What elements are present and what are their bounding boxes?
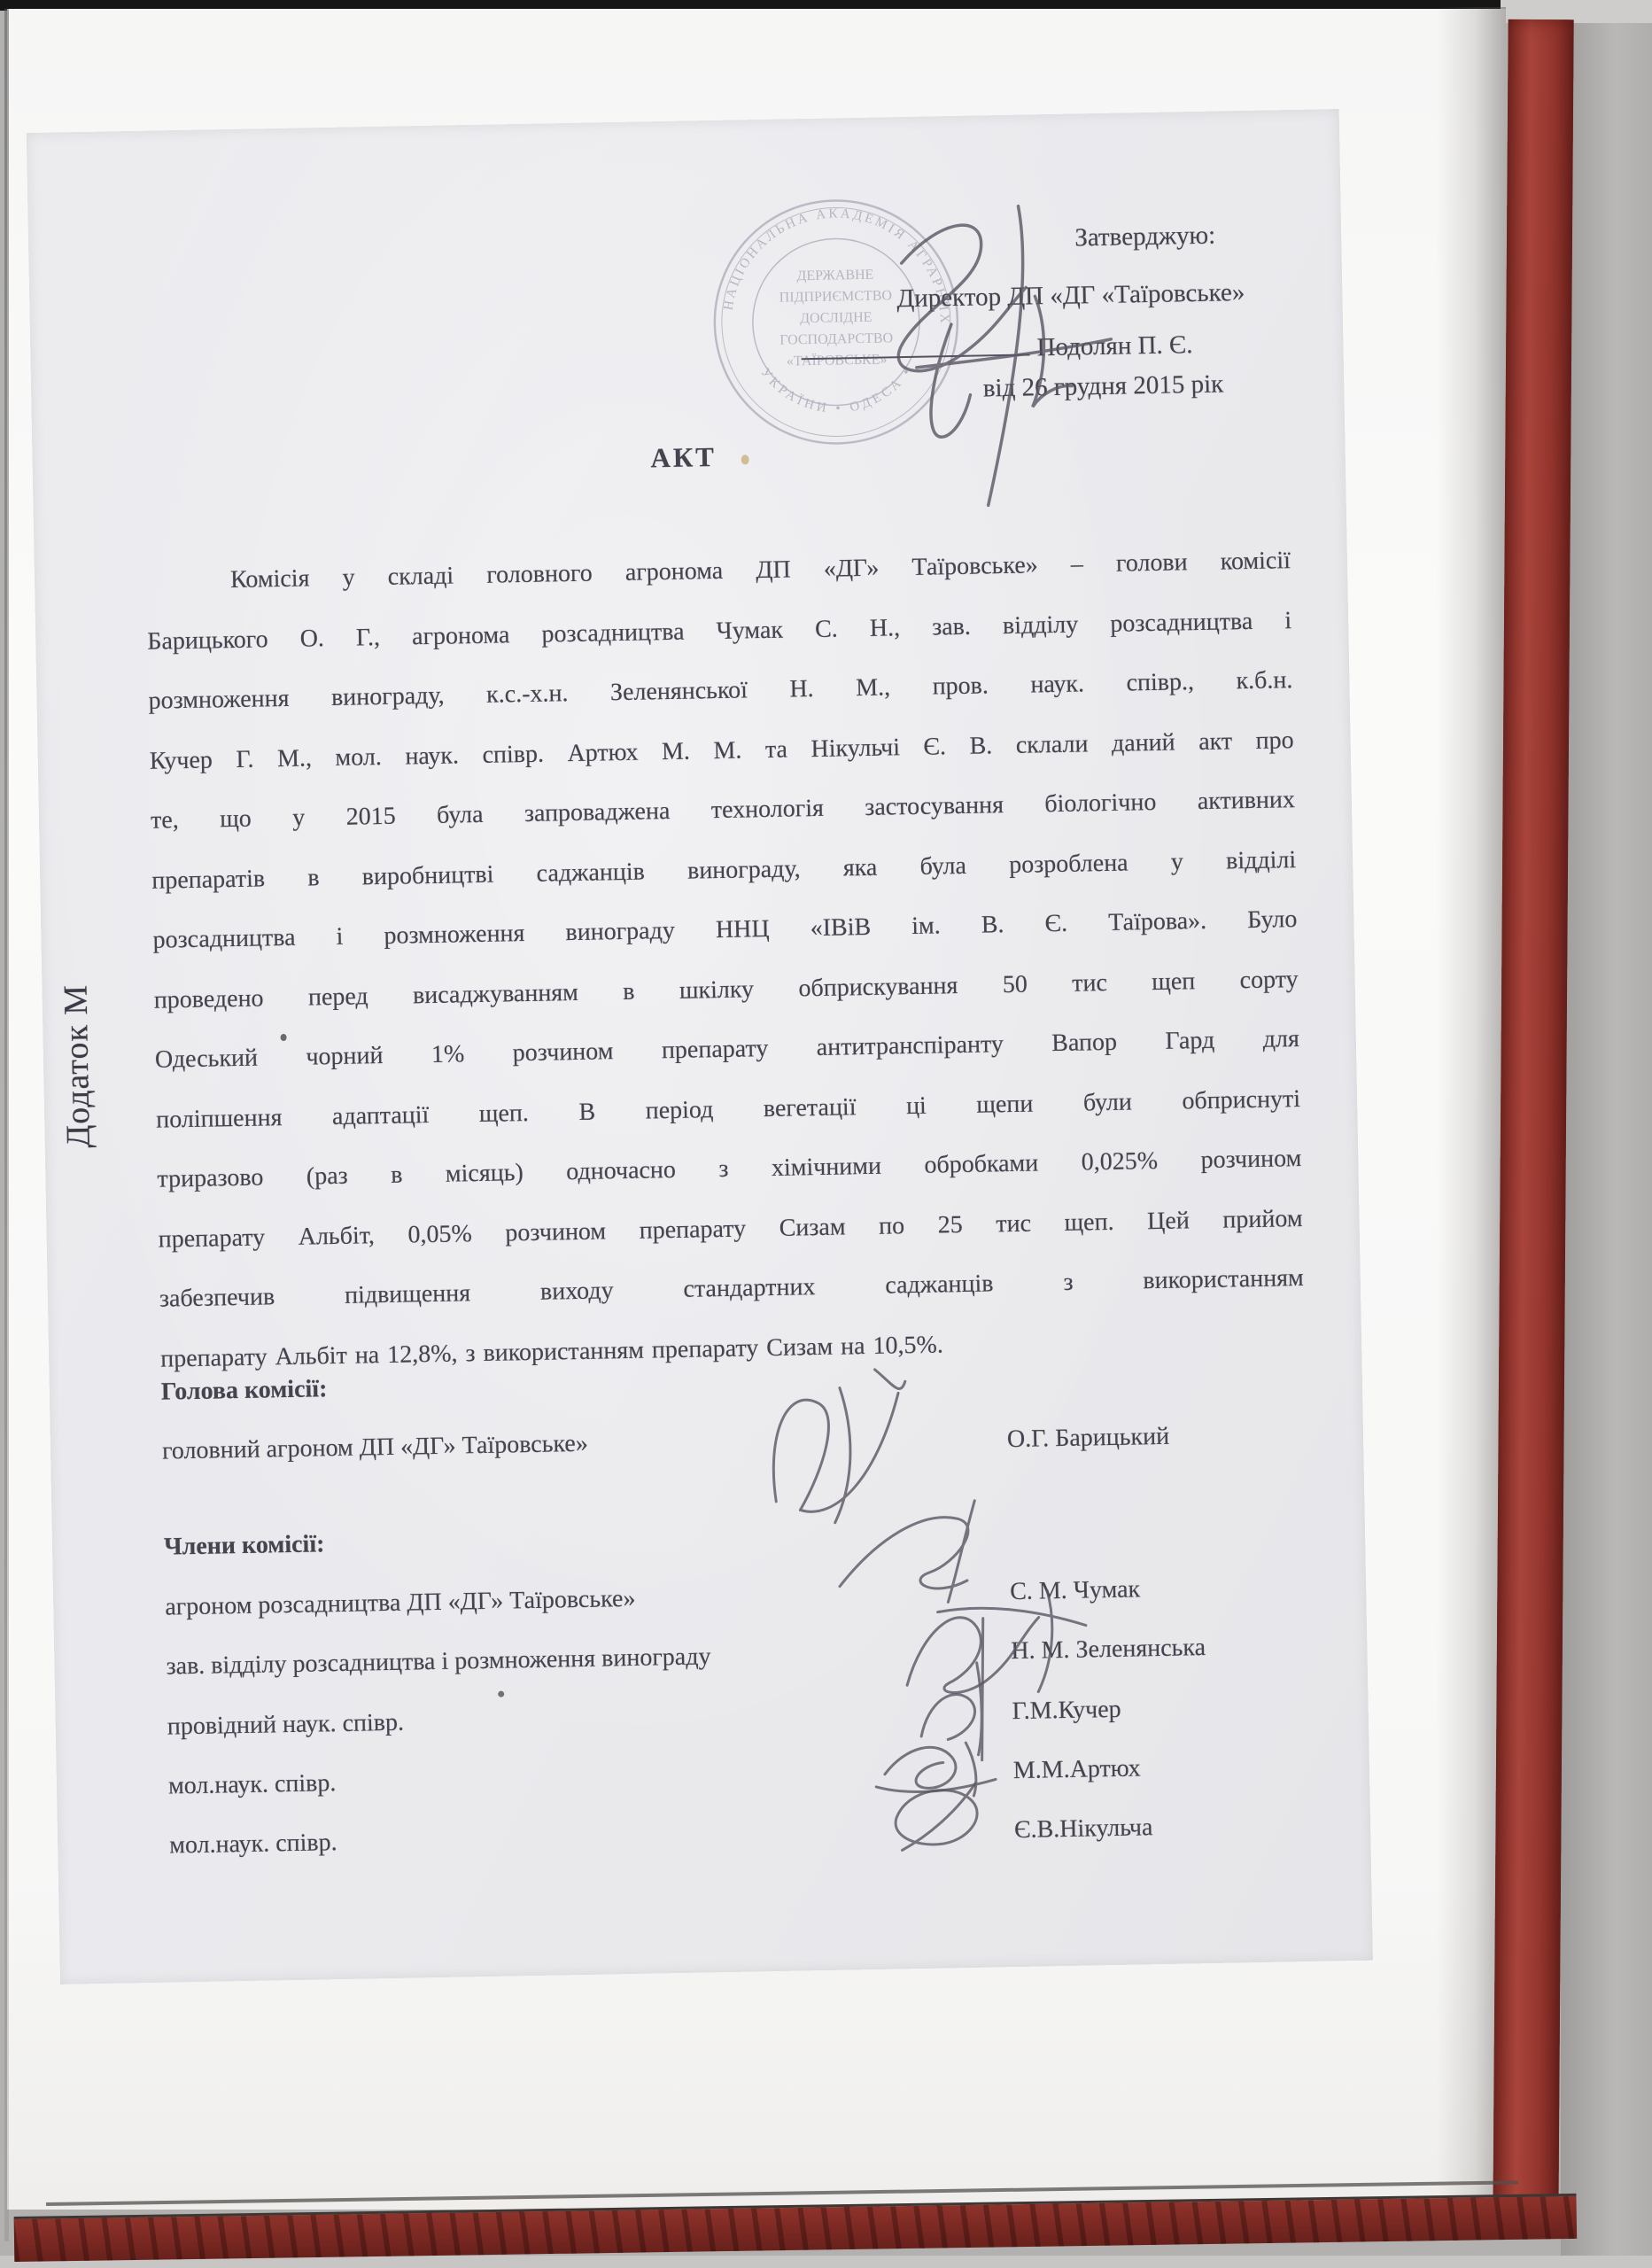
- members-rows: агроном розсадництва ДП «ДГ» Таїровське»…: [165, 1557, 1315, 1876]
- margin-note: Додаток М: [56, 961, 98, 1171]
- page-left-edge-shadow: [4, 9, 9, 2241]
- scanner-right-gutter: [1561, 0, 1652, 2268]
- signature-name: О.Г. Барицький: [1007, 1419, 1170, 1457]
- chairman-heading: Голова комісії:: [161, 1375, 328, 1406]
- signature-label: головний агроном ДП «ДГ» Таїровське»: [162, 1430, 588, 1465]
- body-paragraph: Комісія у складі головного агронома ДП «…: [146, 531, 1306, 1389]
- signature-name: Є.В.Нікульча: [1013, 1798, 1152, 1860]
- scan-background: { "page": { "margin_note": "Додаток М", …: [0, 0, 1652, 2268]
- ink-speck: [281, 1034, 287, 1041]
- signature-label: агроном розсадництва ДП «ДГ» Таїровське»: [165, 1585, 636, 1621]
- signature-label: мол.наук. співр.: [168, 1769, 337, 1799]
- signature-row: головний агроном ДП «ДГ» Таїровське» О.Г…: [162, 1417, 1307, 1473]
- signature-nikulcha: [867, 1770, 1015, 1857]
- signature-name: М.М.Артюх: [1012, 1738, 1141, 1800]
- members-heading: Члени комісії:: [164, 1530, 325, 1561]
- ink-speck: [741, 454, 749, 464]
- signature-label: мол.наук. співр.: [169, 1829, 337, 1859]
- ink-speck: [498, 1691, 504, 1697]
- signature-label: зав. відділу розсадництва і розмноження …: [166, 1643, 710, 1681]
- signature-label: провідний наук. співр.: [167, 1708, 405, 1740]
- director-signature: [816, 161, 1132, 521]
- document-sheet: Додаток М НАЦІОНАЛЬНА АКАДЕМІЯ АГРАРНИХ …: [27, 109, 1373, 1984]
